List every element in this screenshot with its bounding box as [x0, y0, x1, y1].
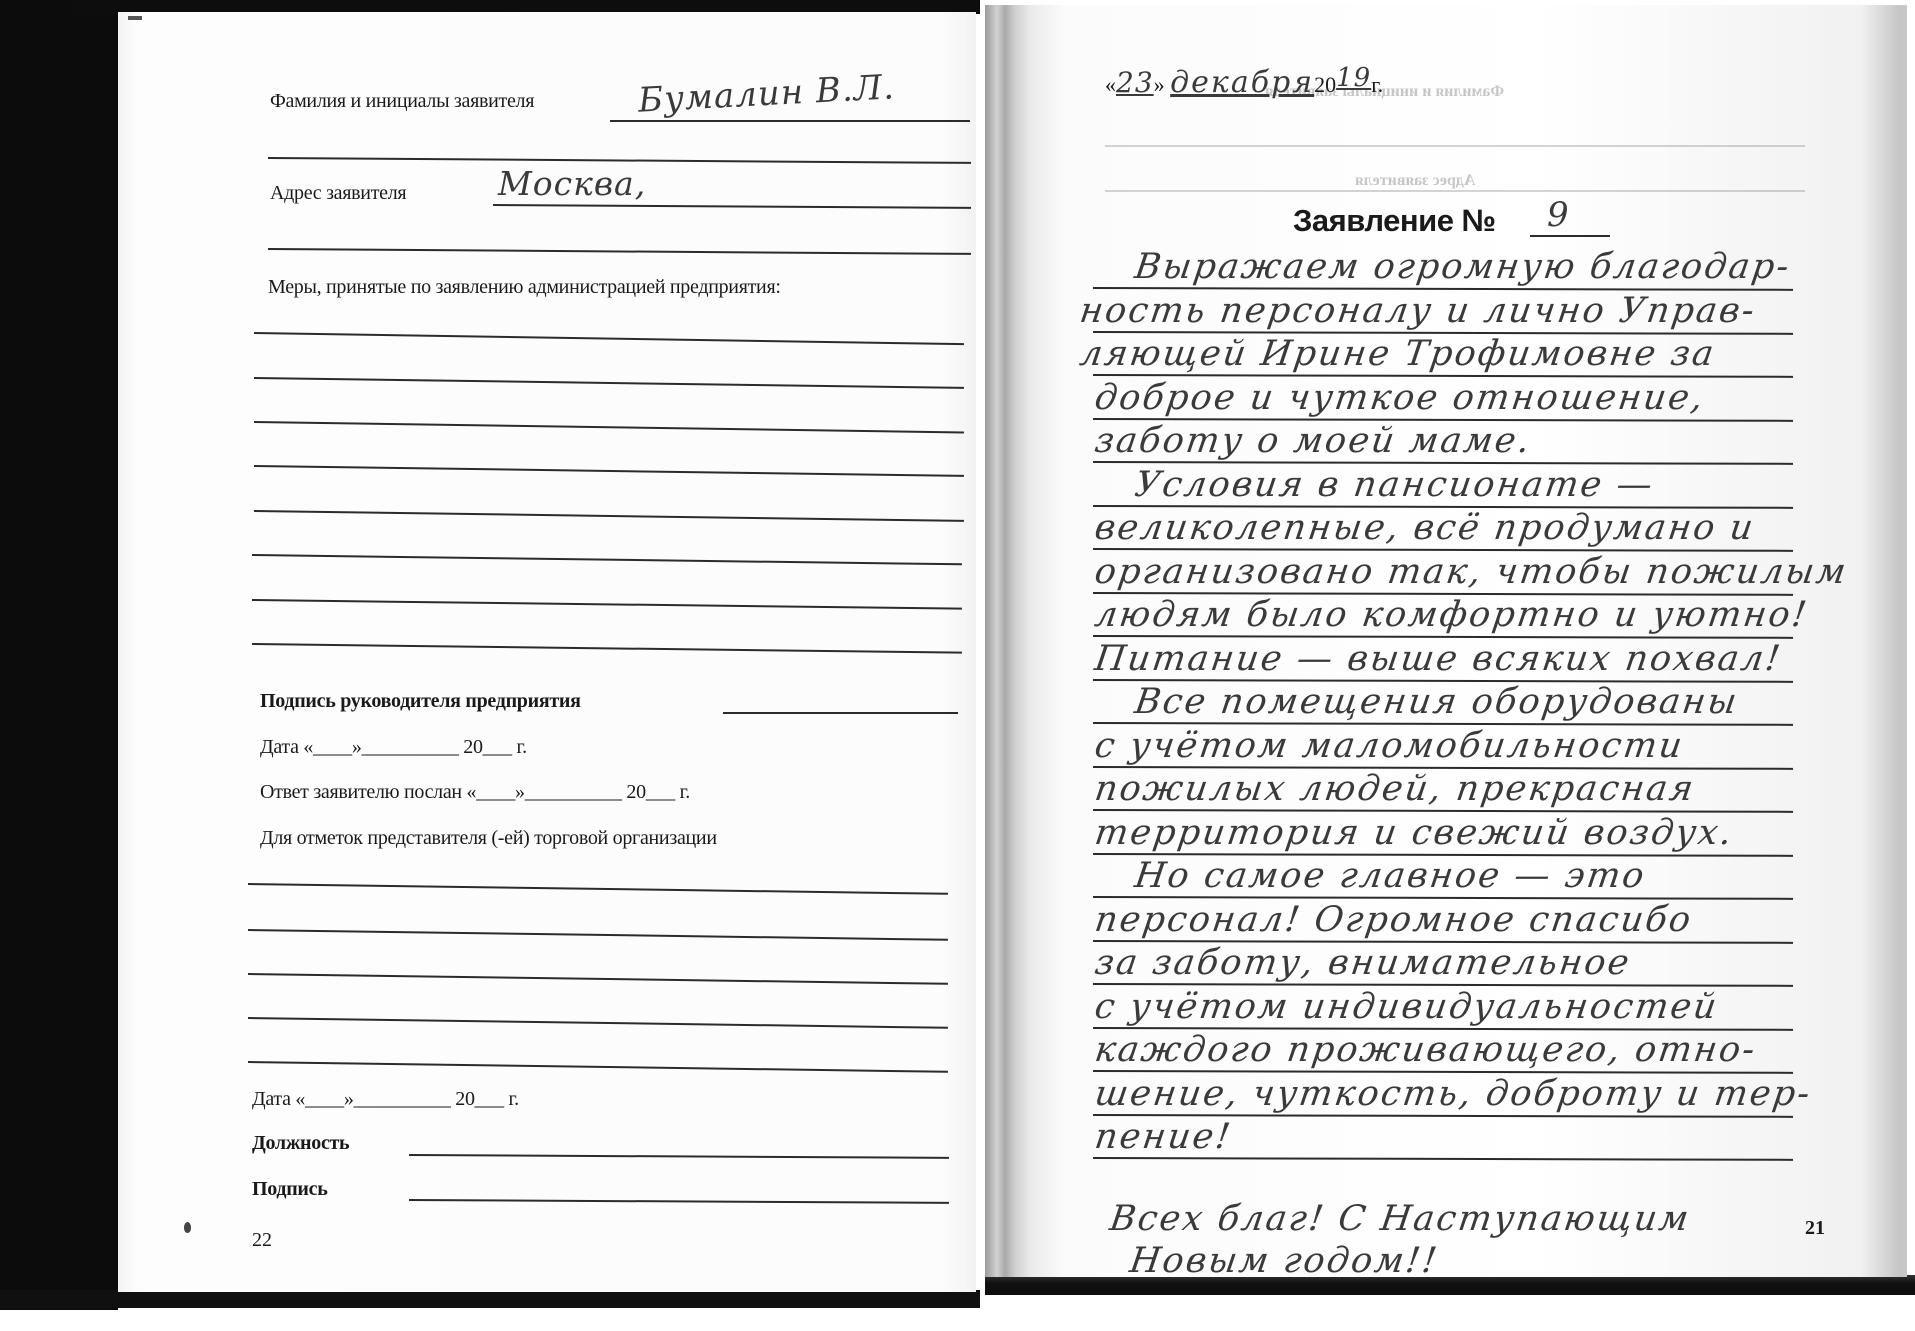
applicant-name-line-2 [268, 157, 971, 164]
ghost-line-1 [1105, 145, 1805, 147]
date-year-mark: г. [1371, 72, 1383, 97]
date-day: 23 [1116, 66, 1154, 99]
applicant-address-value: Москва, [498, 164, 646, 203]
statement-line: с учётом индивидуальностей [1092, 987, 1721, 1027]
measures-line-8 [252, 643, 962, 654]
scan-border-bottom-left [0, 1290, 980, 1308]
scan-border-bottom-right [985, 1275, 1915, 1295]
applicant-name-line [610, 120, 970, 122]
left-page: Фамилия и инициалы заявителя Бумалин В.Л… [118, 12, 976, 1292]
measures-line-4 [254, 465, 964, 477]
closing-line-2: Новым годом!! [1127, 1241, 1441, 1277]
manager-signature-line [723, 712, 958, 714]
measures-line-7 [252, 599, 962, 610]
statement-number: 9 [1547, 195, 1570, 235]
scan-margin [0, 1310, 1915, 1331]
trade-org-line-2 [248, 929, 948, 941]
signature-label: Подпись [252, 1178, 328, 1201]
statement-line: организовано так, чтобы пожилым [1092, 552, 1850, 592]
statement-line: великолепные, всё продумано и [1092, 508, 1757, 548]
trade-org-line-4 [248, 1017, 948, 1029]
closing-line-1: Всех благ! С Наступающим [1107, 1199, 1693, 1239]
ghost-text-2: Адрес заявителя [1355, 172, 1475, 190]
date-year-suffix: 19 [1336, 63, 1371, 93]
date-close-quote: » [1154, 72, 1165, 97]
date-month: декабря [1170, 65, 1314, 100]
statement-line: ность персоналу и лично Управ- [1077, 291, 1759, 331]
signature-line [409, 1199, 949, 1204]
date-open-quote: « [1105, 72, 1116, 97]
reply-sent-line: Ответ заявителю послан «____»__________ … [260, 781, 690, 804]
statement-line: пение! [1092, 1117, 1234, 1157]
applicant-address-label: Адрес заявителя [270, 182, 406, 205]
applicant-address-line [493, 204, 971, 209]
statement-date: «23» декабря2019г. [1105, 65, 1383, 100]
trade-org-line-3 [248, 973, 948, 985]
manager-signature-label: Подпись руководителя предприятия [260, 690, 581, 713]
trade-org-label: Для отметок представителя (-ей) торговой… [260, 827, 717, 850]
statement-line: с учётом маломобильности [1092, 726, 1686, 766]
trade-org-line-1 [248, 883, 948, 895]
statement-line: шение, чуткость, доброту и тер- [1092, 1074, 1814, 1114]
measures-line-6 [252, 554, 962, 565]
statement-line: ляющей Ирине Трофимовне за [1077, 334, 1718, 374]
trade-org-line-5 [248, 1061, 948, 1073]
measures-line-3 [254, 421, 964, 434]
position-line [409, 1154, 949, 1159]
statement-line: персонал! Огромное спасибо [1092, 900, 1695, 940]
statement-line: Выражаем огромную благодар- [1132, 247, 1793, 287]
statement-line: за заботу, внимательное [1092, 943, 1633, 983]
position-label: Должность [252, 1132, 349, 1155]
statement-title: Заявление № [1293, 203, 1496, 239]
measures-line-2 [254, 377, 964, 389]
statement-line: каждого проживающего, отно- [1092, 1030, 1759, 1070]
applicant-address-line-2 [268, 248, 971, 255]
statement-line: Питание — выше всяких похвал! [1092, 639, 1784, 679]
statement-line: пожилых людей, прекрасная [1092, 769, 1698, 809]
applicant-name-value: Бумалин В.Л. [637, 67, 896, 120]
page-number-left: 22 [252, 1229, 272, 1252]
ghost-line-2 [1105, 190, 1805, 192]
statement-line: людям было комфортно и уютно! [1092, 595, 1811, 635]
date-line-2: Дата «____»__________ 20___ г. [252, 1088, 519, 1111]
page-number-right: 21 [1805, 1217, 1825, 1240]
ink-spot [184, 1222, 191, 1233]
statement-line: доброе и чуткое отношение, [1092, 378, 1707, 418]
measures-line-5 [254, 510, 964, 522]
statement-line: Условия в пансионате — [1132, 465, 1657, 505]
date-year-prefix: 20 [1314, 72, 1336, 97]
date-line-1: Дата «____»__________ 20___ г. [260, 736, 527, 759]
statement-line: Но самое главное — это [1132, 856, 1648, 896]
statement-line: Все помещения оборудованы [1132, 682, 1741, 722]
page-edge [1899, 5, 1907, 1277]
measures-label: Меры, принятые по заявлению администраци… [268, 276, 781, 299]
scan-border-left [0, 0, 118, 1310]
applicant-name-label: Фамилия и инициалы заявителя [270, 90, 534, 113]
statement-number-line [1530, 235, 1610, 237]
statement-line: заботу о моей маме. [1092, 421, 1534, 461]
right-page: Фамилия и инициалы заявителя Адрес заяви… [985, 5, 1907, 1277]
measures-line-1 [254, 332, 964, 345]
statement-line: территория и свежий воздух. [1092, 813, 1736, 853]
page-corner-mark [128, 16, 142, 20]
statement-rule [1093, 1157, 1793, 1161]
